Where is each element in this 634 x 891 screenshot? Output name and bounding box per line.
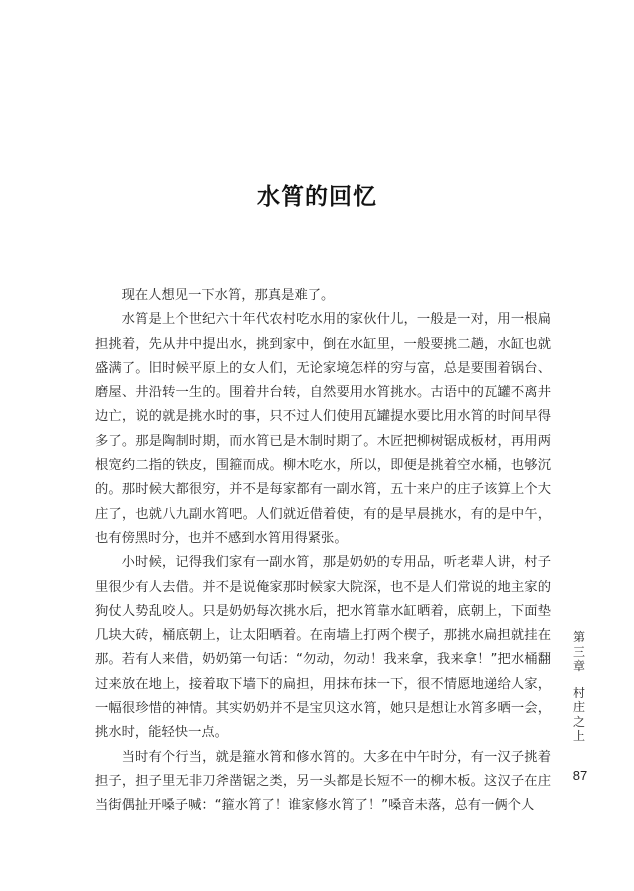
section-char: 村	[571, 686, 587, 701]
chapter-char: 第	[571, 630, 587, 645]
chapter-char: 章	[571, 659, 587, 674]
paragraph-2: 水筲是上个世纪六十年代农村吃水用的家伙什儿，一般是一对，用一根扁担挑着，先从井中…	[95, 308, 551, 551]
paragraph-1: 现在人想见一下水筲，那真是难了。	[95, 284, 551, 308]
page-title: 水筲的回忆	[0, 178, 634, 211]
section-char: 之	[571, 715, 587, 730]
section-char: 上	[571, 729, 587, 744]
side-label-gap	[571, 674, 587, 686]
chapter-side-label: 第 三 章 村 庄 之 上	[571, 630, 587, 744]
section-char: 庄	[571, 700, 587, 715]
paragraph-3: 小时候，记得我们家有一副水筲，那是奶奶的专用品，听老辈人讲，村子里很少有人去借。…	[95, 551, 551, 745]
article-body: 现在人想见一下水筲，那真是难了。 水筲是上个世纪六十年代农村吃水用的家伙什儿，一…	[95, 284, 551, 819]
page-number: 87	[568, 768, 592, 783]
chapter-char: 三	[571, 645, 587, 660]
paragraph-4: 当时有个行当，就是箍水筲和修水筲的。大多在中午时分，有一汉子挑着担子，担子里无非…	[95, 746, 551, 819]
